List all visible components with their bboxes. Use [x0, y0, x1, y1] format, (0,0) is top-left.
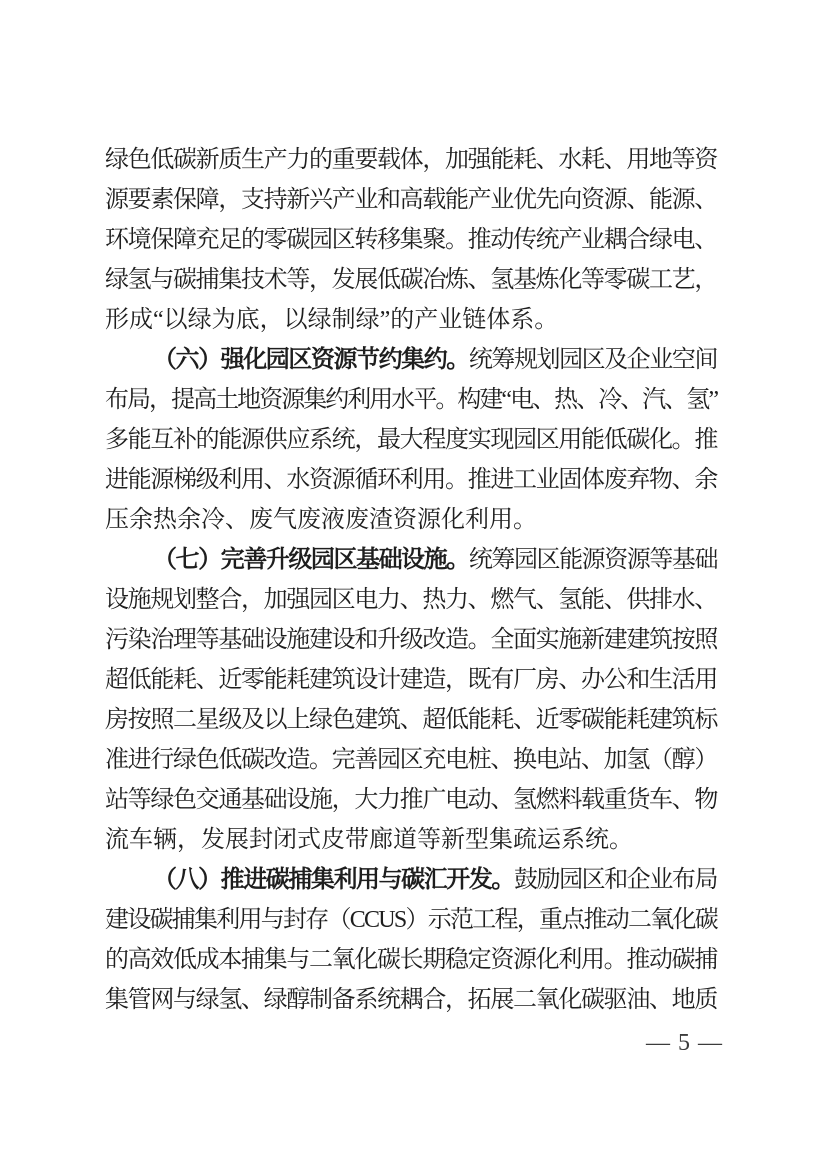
section-heading-line: （六）强化园区资源节约集约。统筹规划园区及企业空间	[105, 340, 717, 380]
section-heading: （七）完善升级园区基础设施。	[153, 547, 469, 573]
page-number: — 5 —	[646, 1028, 723, 1058]
text-line: 进能源梯级利用、水资源循环利用。推进工业固体废弃物、余	[105, 460, 717, 500]
paragraph: 绿色低碳新质生产力的重要载体，加强能耗、水耗、用地等资源要素保障，支持新兴产业和…	[105, 140, 717, 340]
text-line: 房按照二星级及以上绿色建筑、超低能耗、近零碳能耗建筑标	[105, 700, 717, 740]
paragraph: （六）强化园区资源节约集约。统筹规划园区及企业空间布局，提高土地资源集约利用水平…	[105, 340, 717, 540]
text-line: 建设碳捕集利用与封存（CCUS）示范工程，重点推动二氧化碳	[105, 900, 717, 940]
text-line: 绿色低碳新质生产力的重要载体，加强能耗、水耗、用地等资	[105, 140, 717, 180]
text-line: 设施规划整合，加强园区电力、热力、燃气、氢能、供排水、	[105, 580, 717, 620]
text-line: 污染治理等基础设施建设和升级改造。全面实施新建建筑按照	[105, 620, 717, 660]
section-heading-line: （七）完善升级园区基础设施。统筹园区能源资源等基础	[105, 540, 717, 580]
text-line: 源要素保障，支持新兴产业和高载能产业优先向资源、能源、	[105, 180, 717, 220]
text-line: 的高效低成本捕集与二氧化碳长期稳定资源化利用。推动碳捕	[105, 940, 717, 980]
paragraph: （七）完善升级园区基础设施。统筹园区能源资源等基础设施规划整合，加强园区电力、热…	[105, 540, 717, 860]
text-line: 多能互补的能源供应系统，最大程度实现园区用能低碳化。推	[105, 420, 717, 460]
section-heading: （六）强化园区资源节约集约。	[153, 347, 469, 373]
text-line: 压余热余冷、废气废液废渣资源化利用。	[105, 500, 717, 540]
paragraph: （八）推进碳捕集利用与碳汇开发。鼓励园区和企业布局建设碳捕集利用与封存（CCUS…	[105, 860, 717, 1020]
text-line: 站等绿色交通基础设施，大力推广电动、氢燃料载重货车、物	[105, 780, 717, 820]
section-heading: （八）推进碳捕集利用与碳汇开发。	[153, 867, 514, 893]
section-heading-line: （八）推进碳捕集利用与碳汇开发。鼓励园区和企业布局	[105, 860, 717, 900]
text-line: 超低能耗、近零能耗建筑设计建造，既有厂房、办公和生活用	[105, 660, 717, 700]
document-body: 绿色低碳新质生产力的重要载体，加强能耗、水耗、用地等资源要素保障，支持新兴产业和…	[105, 140, 717, 1020]
text-line: 绿氢与碳捕集技术等，发展低碳冶炼、氢基炼化等零碳工艺，	[105, 260, 717, 300]
text-line: 布局，提高土地资源集约利用水平。构建“电、热、冷、汽、氢”	[105, 380, 717, 420]
text-line: 流车辆，发展封闭式皮带廊道等新型集疏运系统。	[105, 820, 717, 860]
text-line: 形成“以绿为底，以绿制绿”的产业链体系。	[105, 300, 717, 340]
text-line: 集管网与绿氢、绿醇制备系统耦合，拓展二氧化碳驱油、地质	[105, 980, 717, 1020]
text-line: 准进行绿色低碳改造。完善园区充电桩、换电站、加氢（醇）	[105, 740, 717, 780]
document-page: 绿色低碳新质生产力的重要载体，加强能耗、水耗、用地等资源要素保障，支持新兴产业和…	[0, 0, 822, 1165]
text-line: 环境保障充足的零碳园区转移集聚。推动传统产业耦合绿电、	[105, 220, 717, 260]
